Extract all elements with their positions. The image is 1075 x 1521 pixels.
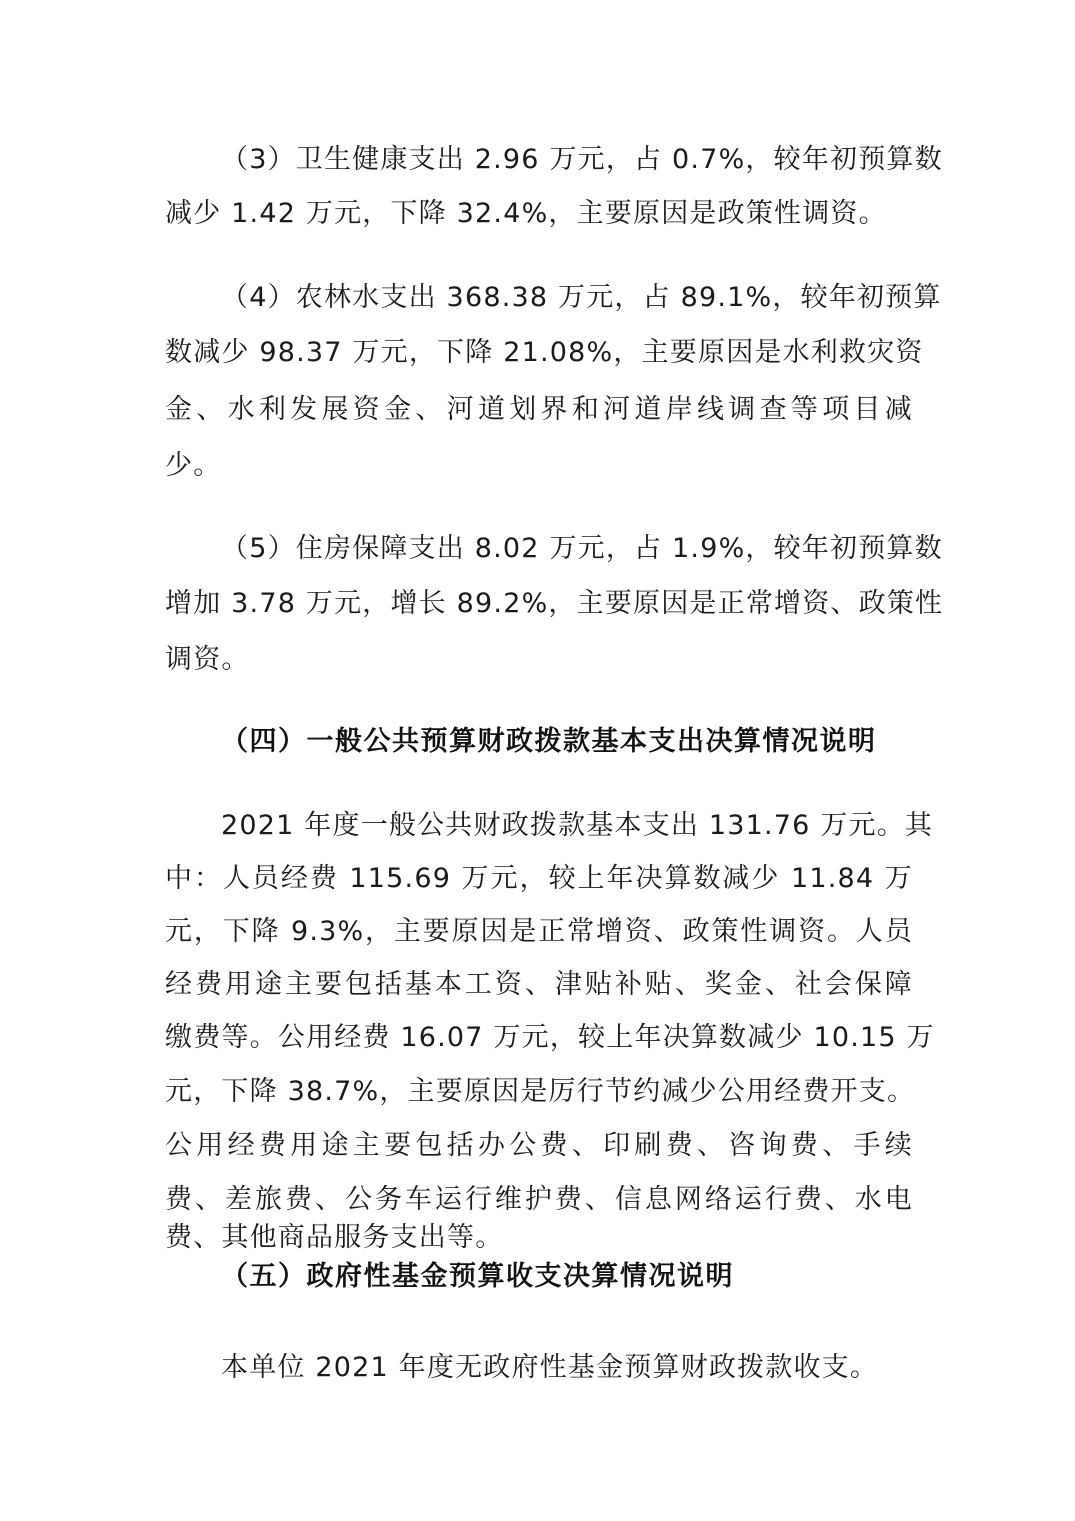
text-line: 2021 年度一般公共财政拨款基本支出 131.76 万元。其 <box>221 806 913 846</box>
text-line: 元，下降 38.7%，主要原因是厉行节约减少公用经费开支。 <box>165 1072 913 1112</box>
section-heading-5: （五）政府性基金预算收支决算情况说明 <box>221 1257 734 1297</box>
text-line: 经费用途主要包括基本工资、津贴补贴、奖金、社会保障 <box>165 965 913 1005</box>
text-line: 本单位 2021 年度无政府性基金预算财政拨款收支。 <box>221 1348 913 1388</box>
text-line: 少。 <box>165 446 913 486</box>
text-line: （4）农林水支出 368.38 万元，占 89.1%，较年初预算 <box>221 278 913 318</box>
text-line: 数减少 98.37 万元，下降 21.08%，主要原因是水利救灾资 <box>165 333 913 373</box>
text-line: 费、其他商品服务支出等。 <box>165 1218 913 1258</box>
text-line: 费、差旅费、公务车运行维护费、信息网络运行费、水电 <box>165 1180 913 1220</box>
text-line: 减少 1.42 万元，下降 32.4%，主要原因是政策性调资。 <box>165 194 913 234</box>
document-page: （3）卫生健康支出 2.96 万元，占 0.7%，较年初预算数 减少 1.42 … <box>0 0 1075 1521</box>
text-line: 公用经费用途主要包括办公费、印刷费、咨询费、手续 <box>165 1126 913 1166</box>
text-line: （3）卫生健康支出 2.96 万元，占 0.7%，较年初预算数 <box>221 140 913 180</box>
text-line: 调资。 <box>165 640 913 680</box>
text-line: 金、水利发展资金、河道划界和河道岸线调查等项目减 <box>165 390 913 430</box>
text-line: （5）住房保障支出 8.02 万元，占 1.9%，较年初预算数 <box>221 529 913 569</box>
section-heading-4: （四）一般公共预算财政拨款基本支出决算情况说明 <box>221 722 877 762</box>
text-line: 增加 3.78 万元，增长 89.2%，主要原因是正常增资、政策性 <box>165 584 913 624</box>
text-line: 缴费等。公用经费 16.07 万元，较上年决算数减少 10.15 万 <box>165 1018 913 1058</box>
text-line: 元，下降 9.3%，主要原因是正常增资、政策性调资。人员 <box>165 912 913 952</box>
text-line: 中：人员经费 115.69 万元，较上年决算数减少 11.84 万 <box>165 859 913 899</box>
